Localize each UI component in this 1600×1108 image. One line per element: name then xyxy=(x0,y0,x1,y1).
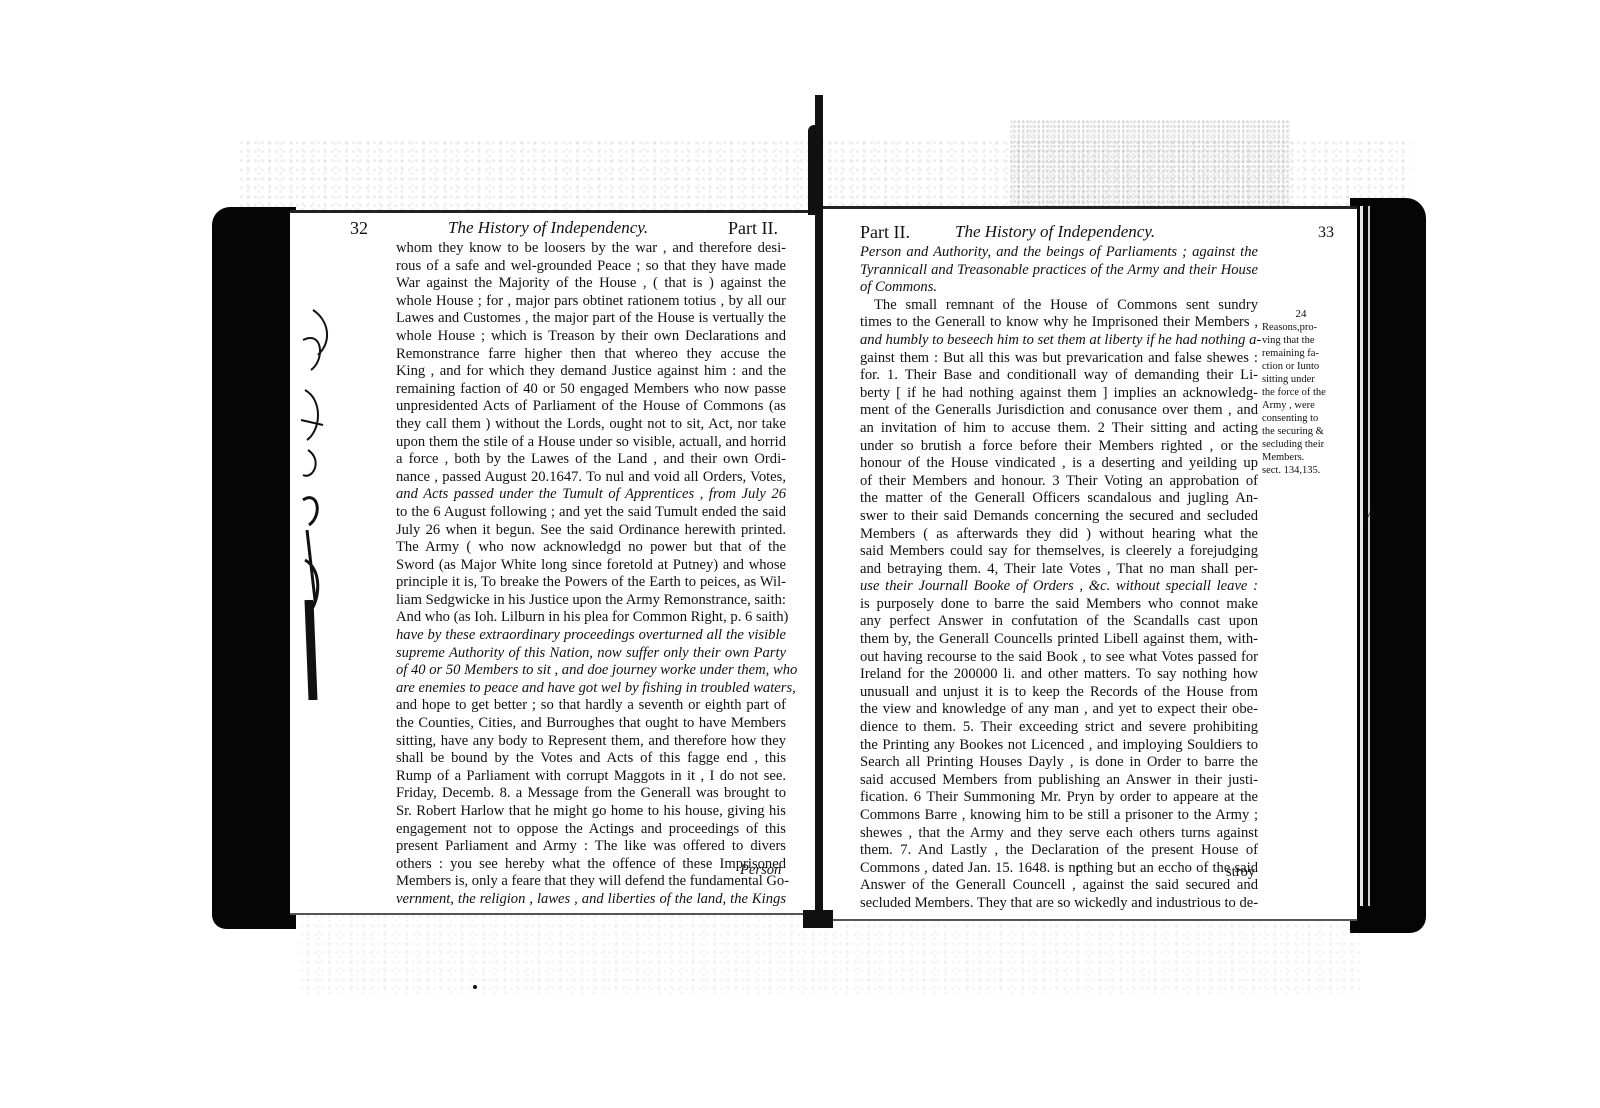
text-line: rous of a safe and wel-grounded Peace ; … xyxy=(396,258,786,276)
text-line: an invitation of him to accuse them. 2 T… xyxy=(860,420,1258,438)
text-line: and hope to get better ; so that hardly … xyxy=(396,697,786,715)
part-label-right: Part II. xyxy=(860,222,910,243)
text-line: July 26 when it begun. See the said Ordi… xyxy=(396,522,786,540)
text-line: whole House ; for , major pars obtinet r… xyxy=(396,293,786,311)
text-line: engagement not to oppose the Actings and… xyxy=(396,821,786,839)
text-line: use their Journall Booke of Orders , &c.… xyxy=(860,578,1258,596)
text-line: Tyrannicall and Treasonable practices of… xyxy=(860,262,1258,280)
text-line: Sr. Robert Harlow that he might go home … xyxy=(396,803,786,821)
text-line: Commons Barre , knowing him to be still … xyxy=(860,807,1258,825)
text-line: honour of the House vindicated , is a de… xyxy=(860,455,1258,473)
text-line: Remonstrance farre higher then that wher… xyxy=(396,346,786,364)
text-line: they call them ) without the Lords, ough… xyxy=(396,416,786,434)
text-line: Search all Printing Houses Dayly , is do… xyxy=(860,754,1258,772)
text-line: Answer of the Generall Councell , agains… xyxy=(860,877,1258,895)
signature-mark: F xyxy=(1075,864,1083,881)
margin-note-line: secluding their xyxy=(1262,438,1340,451)
text-line: them by, the Generall Councells printed … xyxy=(860,631,1258,649)
text-line: And who (as Ioh. Lilburn in his plea for… xyxy=(396,609,786,627)
text-line: out having recourse to the said Book , t… xyxy=(860,649,1258,667)
running-title-left: The History of Independency. xyxy=(448,218,648,238)
text-line: fication. 6 Their Summoning Mr. Pryn by … xyxy=(860,789,1258,807)
text-line: secluded Members. They that are so wicke… xyxy=(860,895,1258,913)
text-line: unusuall and unjust it is to keep the Re… xyxy=(860,684,1258,702)
margin-note-line: ving that the xyxy=(1262,334,1340,347)
text-line: of Commons. xyxy=(860,279,1258,297)
margin-note-line: consenting to xyxy=(1262,412,1340,425)
text-line: whom they know to be loosers by the war … xyxy=(396,240,786,258)
text-line: supreme Authority of this Nation, now su… xyxy=(396,645,786,663)
left-page-body: whom they know to be loosers by the war … xyxy=(396,240,786,909)
text-line: upon them the stile of a House under so … xyxy=(396,434,786,452)
margin-note-line: sitting under xyxy=(1262,373,1340,386)
text-line: Ireland for the 200000 li. and other mat… xyxy=(860,666,1258,684)
text-line: the Printing any Bookes not Licenced , a… xyxy=(860,737,1258,755)
book-gutter xyxy=(815,95,823,925)
text-line: vernment, the religion , lawes , and lib… xyxy=(396,891,786,909)
text-line: and humbly to beseech him to set them at… xyxy=(860,332,1258,350)
text-line: principle it is, To breake the Powers of… xyxy=(396,574,786,592)
handwritten-inscription-icon xyxy=(283,300,343,700)
text-line: The Army ( who now acknowledgd no power … xyxy=(396,539,786,557)
text-line: under so brutish a force before their Me… xyxy=(860,438,1258,456)
text-line: for. 1. Their Base and conditionall way … xyxy=(860,367,1258,385)
running-title-right: The History of Independency. xyxy=(955,222,1155,242)
margin-note-line: remaining fa- xyxy=(1262,347,1340,360)
margin-note-line: the securing & xyxy=(1262,425,1340,438)
text-line: is purposely done to barre the said Memb… xyxy=(860,596,1258,614)
page-number-left: 32 xyxy=(350,218,368,239)
text-line: said accused Members from publishing an … xyxy=(860,772,1258,790)
text-line: to the 6 August following ; and yet the … xyxy=(396,504,786,522)
text-line: unpresidented Acts of Parliament of the … xyxy=(396,398,786,416)
catchword-left: Person xyxy=(740,862,781,879)
text-line: of their Members and honour. 3 Their Vot… xyxy=(860,473,1258,491)
book-cover-right xyxy=(1350,198,1426,933)
text-line: are enemies to peace and have got wel by… xyxy=(396,680,786,698)
page-number-right: 33 xyxy=(1318,224,1334,242)
text-line: berty [ if he had nothing against them ]… xyxy=(860,385,1258,403)
text-line: said Members could say for themselves, i… xyxy=(860,543,1258,561)
right-page-body: Person and Authority, and the beings of … xyxy=(860,244,1258,913)
scan-noise-top-dark xyxy=(1010,120,1290,220)
margin-note-line: sect. 134,135. xyxy=(1262,464,1340,477)
page-edge-stripe xyxy=(1360,206,1363,906)
page-edge-stripe xyxy=(1368,206,1370,906)
text-line: the Counties, Cities, and Burroughes tha… xyxy=(396,715,786,733)
text-line: dience to them. 5. Their exceeding stric… xyxy=(860,719,1258,737)
text-line: sitting, have any body to Represent them… xyxy=(396,733,786,751)
spine-bottom xyxy=(803,910,833,928)
text-line: of 40 or 50 Members to sit , and doe jou… xyxy=(396,662,786,680)
text-line: others : you see hereby what the offence… xyxy=(396,856,786,874)
text-line: any perfect Answer in confutation of the… xyxy=(860,613,1258,631)
text-line: remaining faction of 40 or 50 engaged Me… xyxy=(396,381,786,399)
margin-note: 24 Reasons,pro- ving that the remaining … xyxy=(1262,308,1340,477)
text-line: gainst them : But all this was but preva… xyxy=(860,350,1258,368)
margin-note-line: Reasons,pro- xyxy=(1262,321,1340,334)
margin-note-line: Members. xyxy=(1262,451,1340,464)
catchword-right: stroy xyxy=(1226,864,1255,881)
text-line: King , and for which they demand Justice… xyxy=(396,363,786,381)
part-label-left: Part II. xyxy=(728,218,778,239)
text-line: Sword (as Major White long since foretol… xyxy=(396,557,786,575)
scan-speck xyxy=(473,985,477,989)
text-line: present Parliament and Army : The like w… xyxy=(396,838,786,856)
text-line: ment of the Generalls Jurisdiction and c… xyxy=(860,402,1258,420)
text-line: Members ( as afterwards they did ) witho… xyxy=(860,526,1258,544)
text-line: liam Sedgwicke in his Justice upon the A… xyxy=(396,592,786,610)
text-line: shall be bound by the Votes and Acts of … xyxy=(396,750,786,768)
margin-note-line: Army , were xyxy=(1262,399,1340,412)
text-line: and betraying them. 4, Their late Votes … xyxy=(860,561,1258,579)
text-line: shewes , that the Army and they serve ea… xyxy=(860,825,1258,843)
text-line: Lawes and Customes , the major part of t… xyxy=(396,310,786,328)
text-line: swer to their said Demands concerning th… xyxy=(860,508,1258,526)
margin-note-line: the force of the xyxy=(1262,386,1340,399)
text-line: Rump of a Parliament with corrupt Maggot… xyxy=(396,768,786,786)
stray-ink-mark: / xyxy=(1366,508,1370,526)
text-line: War against the Majority of the House , … xyxy=(396,275,786,293)
text-line: have by these extraordinary proceedings … xyxy=(396,627,786,645)
text-line: Commons , dated Jan. 15. 1648. is nothin… xyxy=(860,860,1258,878)
text-line: Person and Authority, and the beings of … xyxy=(860,244,1258,262)
text-line: the view and knowledge of any man , and … xyxy=(860,701,1258,719)
text-line: Friday, Decemb. 8. a Message from the Ge… xyxy=(396,785,786,803)
text-line: The small remnant of the House of Common… xyxy=(860,297,1258,315)
text-line: nance , passed August 20.1647. To nul an… xyxy=(396,469,786,487)
text-line: whole House ; which is Treason by their … xyxy=(396,328,786,346)
margin-note-line: ction or Iunto xyxy=(1262,360,1340,373)
text-line: a force , both by the Lawes of the Land … xyxy=(396,451,786,469)
margin-note-number: 24 xyxy=(1262,308,1340,321)
text-line: the matter of the Generall Officers scan… xyxy=(860,490,1258,508)
text-line: and Acts passed under the Tumult of Appr… xyxy=(396,486,786,504)
text-line: Members is, only a feare that they will … xyxy=(396,873,786,891)
text-line: times to the Generall to know why he Imp… xyxy=(860,314,1258,332)
text-line: them. 7. And Lastly , the Declaration of… xyxy=(860,842,1258,860)
